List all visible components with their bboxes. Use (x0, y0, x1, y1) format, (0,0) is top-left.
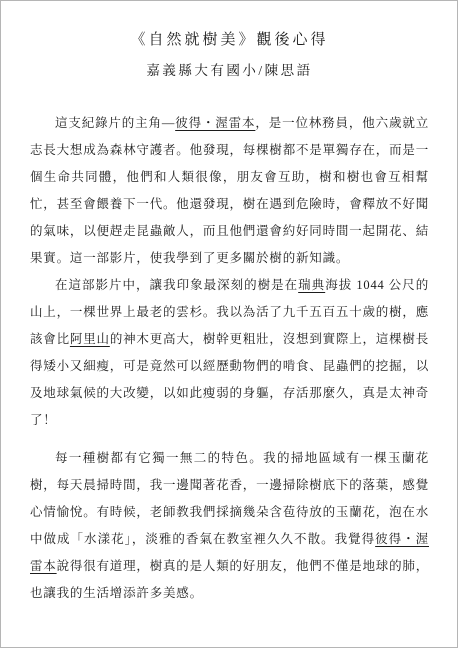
underlined-name-peter-wohlleben: 彼得・渥雷本 (175, 116, 255, 130)
paragraph-text: ，是一位林務員，他六歲就立志長大想成為森林守護者。他發現，每棵樹都不是單獨存在，… (30, 116, 429, 265)
underlined-name-sweden: 瑞典 (298, 278, 325, 292)
underlined-name-alishan: 阿里山 (70, 332, 110, 346)
document-page: 《自然就樹美》觀後心得 嘉義縣大有國小/陳思語 這支紀錄片的主角—彼得・渥雷本，… (0, 0, 458, 648)
paragraph-text: 這支紀錄片的主角— (55, 116, 175, 130)
page-title: 《自然就樹美》觀後心得 (30, 29, 429, 51)
paragraph-text: 的神木更高大，樹幹更粗壯，沒想到實際上，這棵樹長得矮小又細瘦，可是竟然可以經歷動… (30, 332, 429, 427)
paragraph-1: 這支紀錄片的主角—彼得・渥雷本，是一位林務員，他六歲就立志長大想成為森林守護者。… (30, 110, 429, 272)
paragraph-2: 在這部影片中，讓我印象最深刻的樹是在瑞典海拔 1044 公尺的山上，一棵世界上最… (30, 272, 429, 434)
paragraph-text: 每一種樹都有它獨一無二的特色。我的掃地區域有一棵玉蘭花樹，每天晨掃時間，我一邊聞… (30, 451, 429, 546)
author-byline: 嘉義縣大有國小/陳思語 (30, 60, 429, 82)
paragraph-text: 在這部影片中，讓我印象最深刻的樹是在 (55, 278, 298, 292)
paragraph-3: 每一種樹都有它獨一無二的特色。我的掃地區域有一棵玉蘭花樹，每天晨掃時間，我一邊聞… (30, 445, 429, 607)
essay-body: 這支紀錄片的主角—彼得・渥雷本，是一位林務員，他六歲就立志長大想成為森林守護者。… (30, 110, 429, 607)
paragraph-text: 說得很有道理，樹真的是人類的好朋友，他們不僅是地球的肺，也讓我的生活增添許多美感… (30, 559, 429, 600)
